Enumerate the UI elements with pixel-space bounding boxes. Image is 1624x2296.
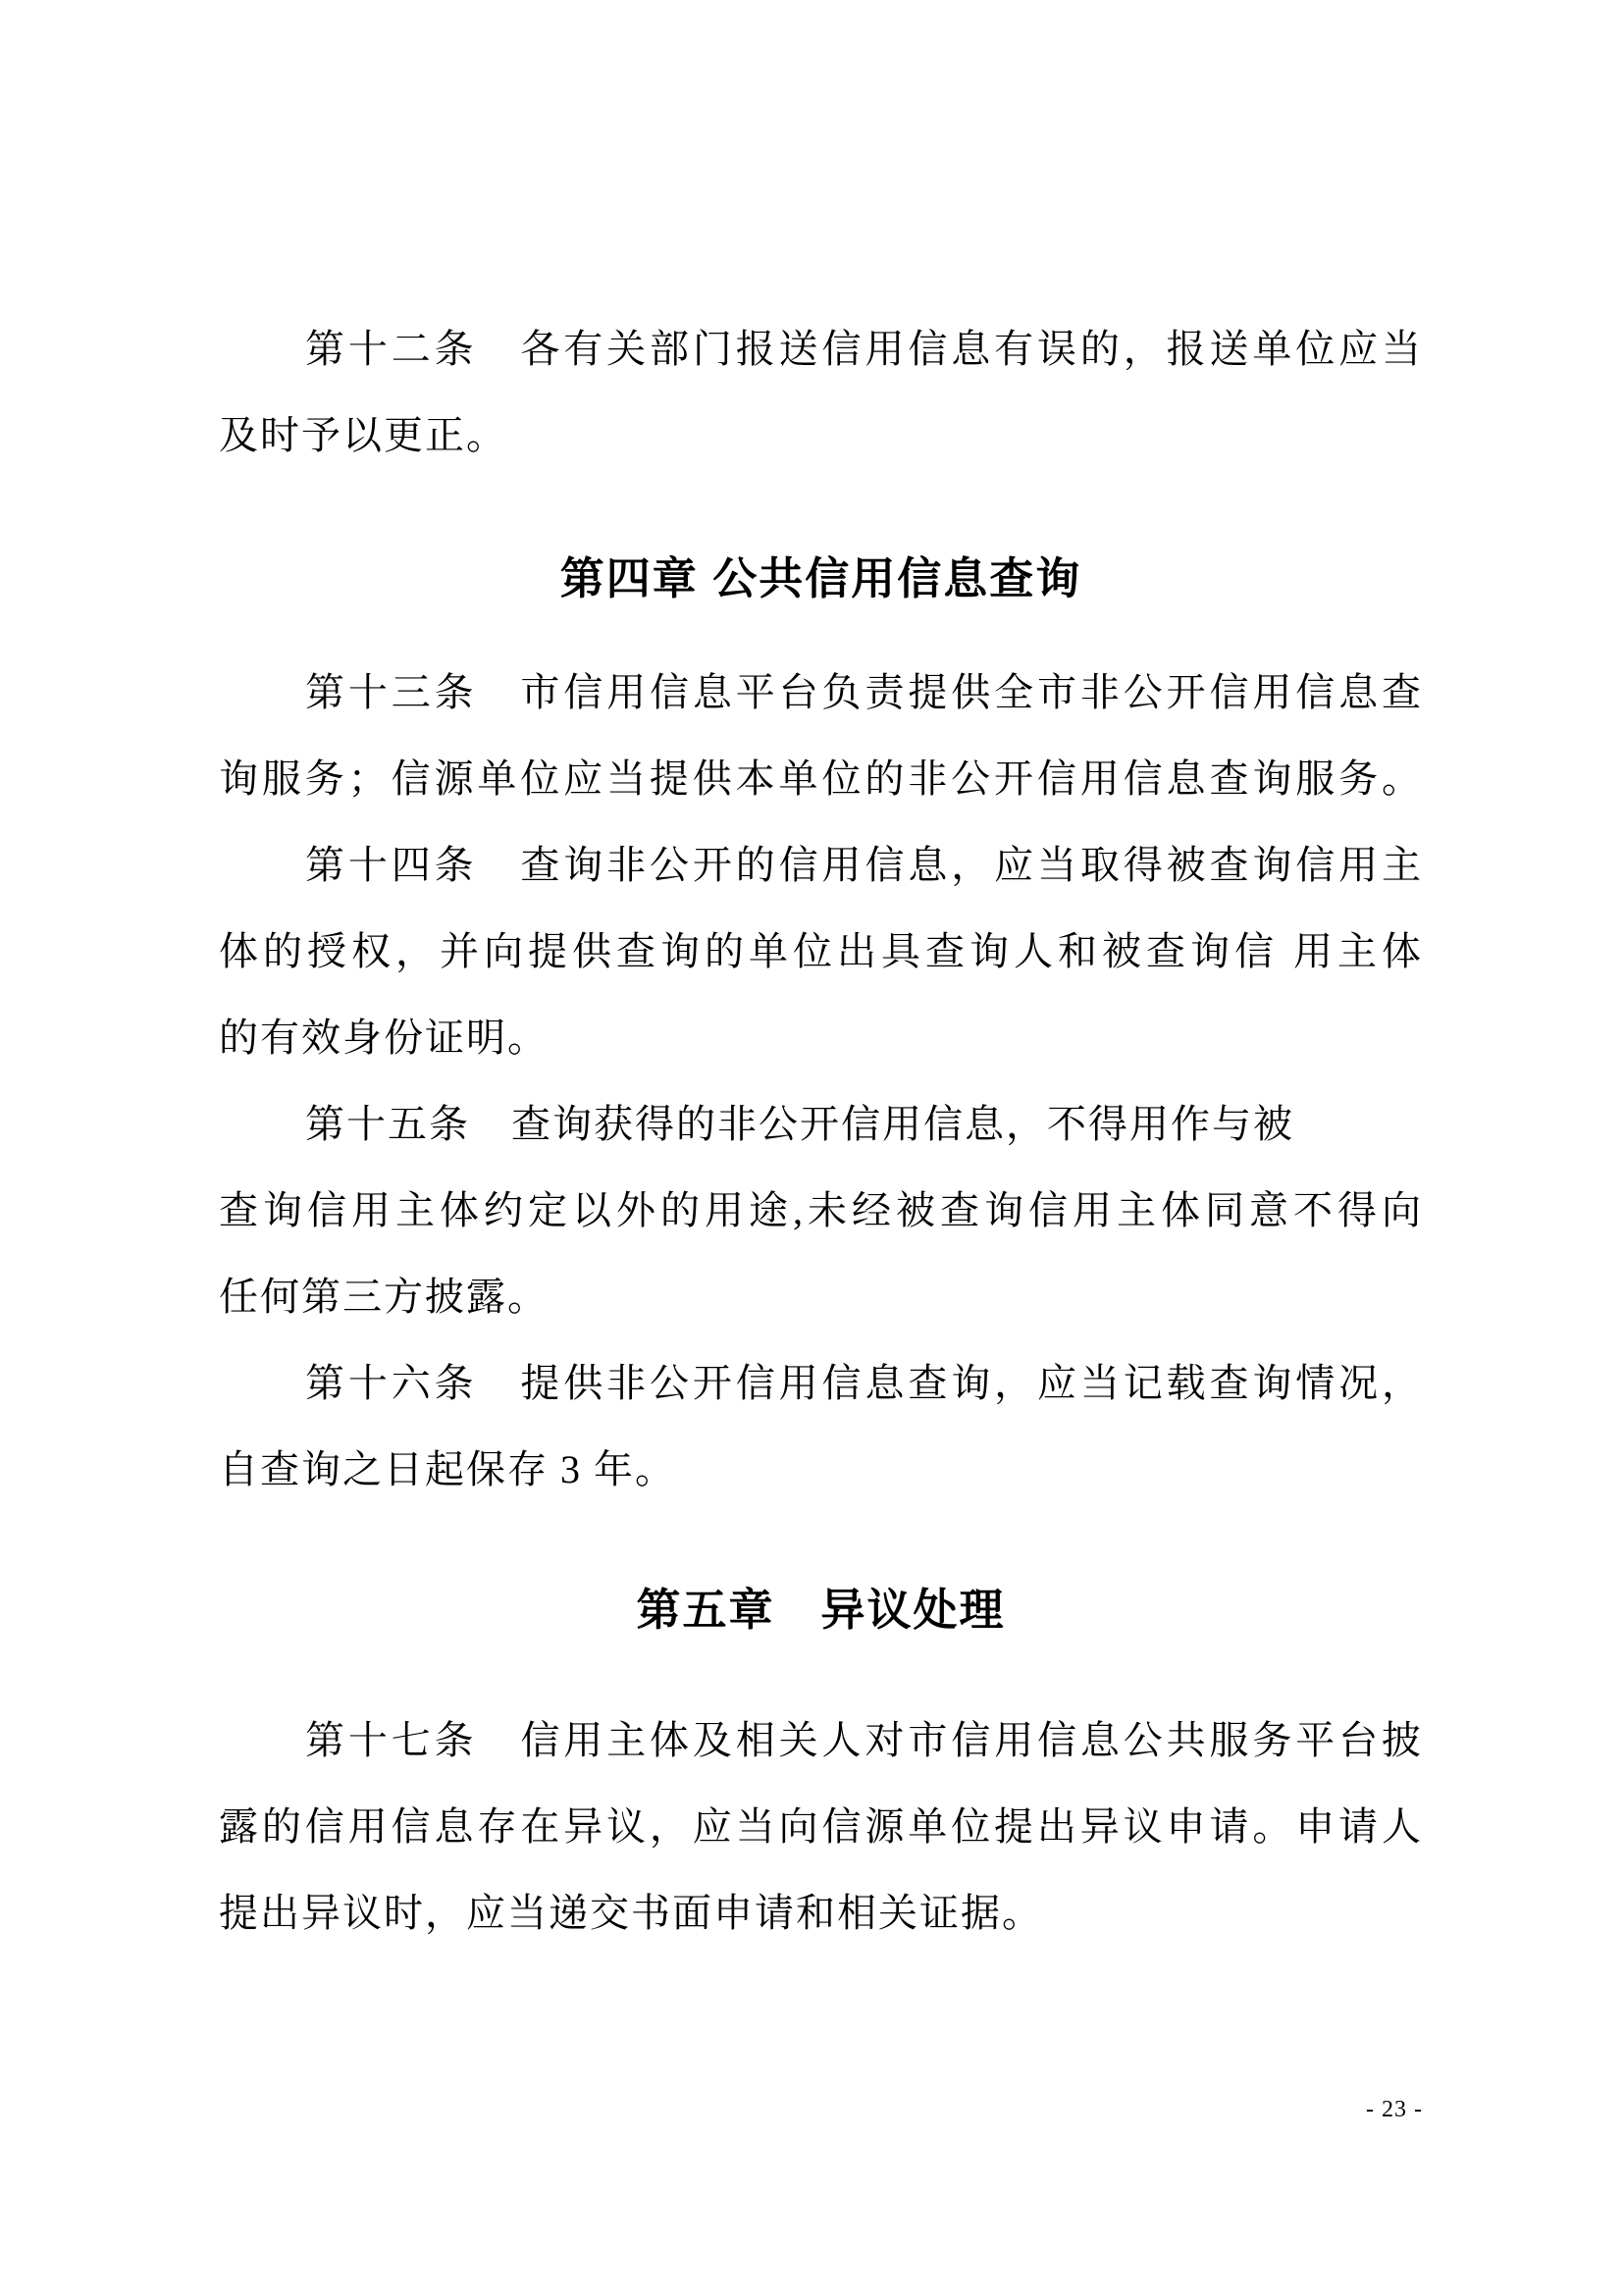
document-content: 第十二条 各有关部门报送信用信息有误的，报送单位应当 及时予以更正。 第四章 公… [219,306,1423,1957]
text-line: 体的授权，并向提供查询的单位出具查询人和被查询信 用主体 [219,909,1423,995]
text-line: 查询信用主体约定以外的用途,未经被查询信用主体同意不得向 [219,1168,1423,1254]
paragraph-article-17: 第十七条 信用主体及相关人对市信用信息公共服务平台披 露的信用信息存在异议，应当… [219,1697,1423,1957]
document-page: 第十二条 各有关部门报送信用信息有误的，报送单位应当 及时予以更正。 第四章 公… [0,0,1624,2296]
chapter-4-heading: 第四章 公共信用信息查询 [219,536,1423,622]
text-line: 露的信用信息存在异议，应当向信源单位提出异议申请。申请人 [219,1784,1423,1870]
chapter-5-heading: 第五章 异议处理 [219,1567,1423,1653]
text-line: 自查询之日起保存 3 年。 [219,1427,1423,1513]
text-line: 的有效身份证明。 [219,995,1423,1081]
text-line: 及时予以更正。 [219,392,1423,479]
text-line: 提出异议时，应当递交书面申请和相关证据。 [219,1870,1423,1957]
paragraph-article-13: 第十三条 市信用信息平台负责提供全市非公开信用信息查 询服务；信源单位应当提供本… [219,650,1423,822]
text-line: 第十六条 提供非公开信用信息查询，应当记载查询情况， [219,1340,1423,1427]
paragraph-article-16: 第十六条 提供非公开信用信息查询，应当记载查询情况， 自查询之日起保存 3 年。 [219,1340,1423,1513]
text-line: 第十二条 各有关部门报送信用信息有误的，报送单位应当 [219,306,1423,392]
text-line: 询服务；信源单位应当提供本单位的非公开信用信息查询服务。 [219,736,1423,822]
paragraph-article-14: 第十四条 查询非公开的信用信息，应当取得被查询信用主 体的授权，并向提供查询的单… [219,822,1423,1081]
text-line: 第十七条 信用主体及相关人对市信用信息公共服务平台披 [219,1697,1423,1784]
text-line: 第十三条 市信用信息平台负责提供全市非公开信用信息查 [219,650,1423,736]
paragraph-article-12: 第十二条 各有关部门报送信用信息有误的，报送单位应当 及时予以更正。 [219,306,1423,479]
paragraph-article-15: 第十五条 查询获得的非公开信用信息，不得用作与被 查询信用主体约定以外的用途,未… [219,1081,1423,1340]
text-line: 第十五条 查询获得的非公开信用信息，不得用作与被 [219,1081,1423,1168]
text-line: 任何第三方披露。 [219,1254,1423,1340]
text-line: 第十四条 查询非公开的信用信息，应当取得被查询信用主 [219,822,1423,909]
page-number: - 23 - [219,2093,1423,2126]
